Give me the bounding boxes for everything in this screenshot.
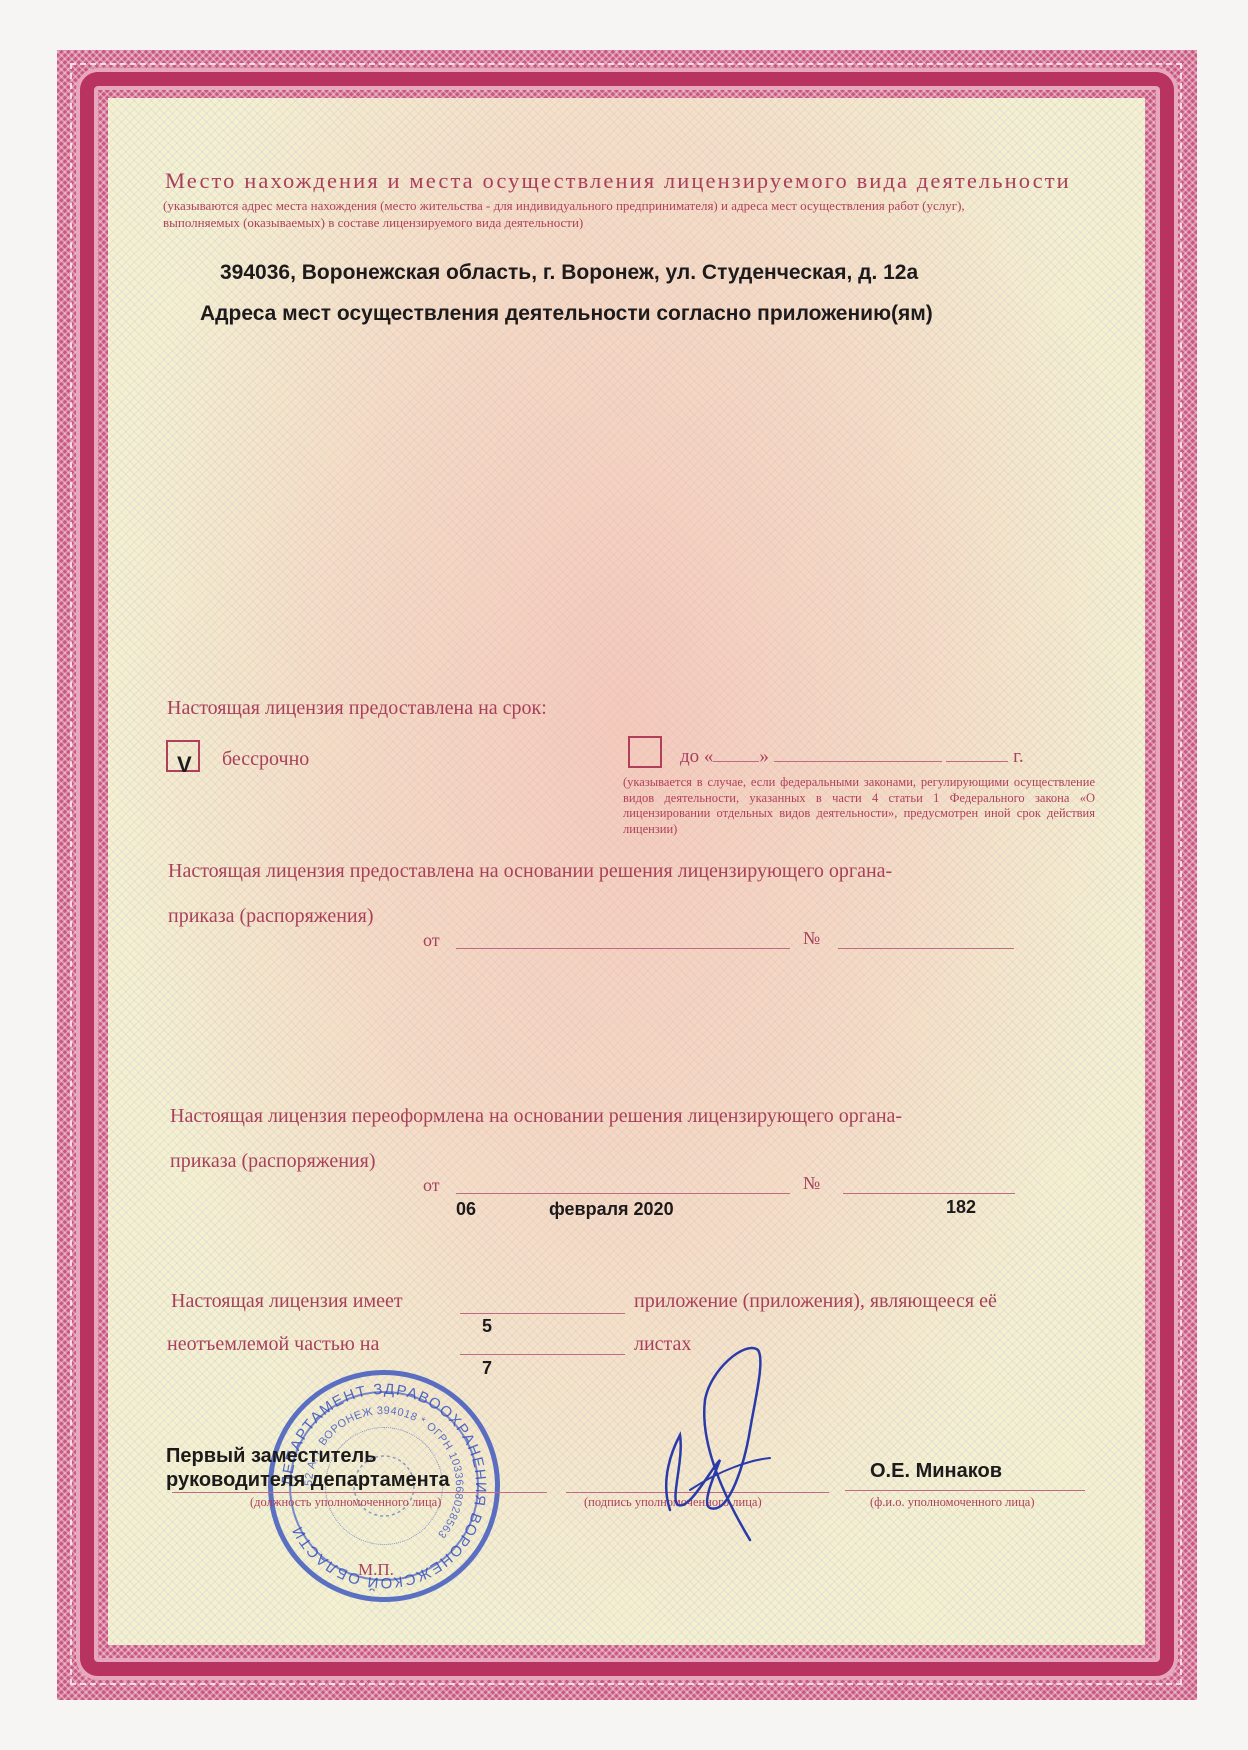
appendix-count: 5 (482, 1316, 492, 1337)
basis-date-field[interactable] (456, 948, 790, 949)
appendix-line2-prefix: неотъемлемой частью на (167, 1333, 379, 1356)
basis-line1: Настоящая лицензия предоставлена на осно… (168, 860, 892, 883)
basis-number-field[interactable] (838, 948, 1014, 949)
address: 394036, Воронежская область, г. Воронеж,… (220, 261, 918, 285)
reissue-line1: Настоящая лицензия переоформлена на осно… (170, 1105, 902, 1128)
until-prefix: до « (680, 746, 713, 767)
signer-position-line2: руководителя департамента (166, 1468, 450, 1492)
position-caption: (должность уполномоченного лица) (250, 1495, 441, 1510)
until-label: до «» г. (680, 746, 1024, 768)
term-note: (указывается в случае, если федеральными… (623, 775, 1095, 837)
signer-position-line1: Первый заместитель (166, 1444, 450, 1468)
basis-number-label: № (803, 928, 820, 949)
reissue-number-label: № (803, 1173, 820, 1194)
seal-label: М.П. (358, 1560, 394, 1580)
term-label: Настоящая лицензия предоставлена на срок… (167, 697, 547, 720)
appendix-sheets-field[interactable] (460, 1354, 625, 1355)
signer-name: О.Е. Минаков (870, 1460, 1002, 1483)
signer-position: Первый заместитель руководителя департам… (166, 1444, 450, 1492)
reissue-day: 06 (456, 1199, 476, 1220)
section-hint: (указываются адрес места нахождения (мес… (163, 197, 965, 214)
basis-line2: приказа (распоряжения) (168, 905, 374, 928)
appendix-count-field[interactable] (460, 1313, 625, 1314)
until-mid: » (759, 746, 769, 767)
section-hint-cont: выполняемых (оказываемых) в составе лице… (163, 214, 583, 231)
basis-from-label: от (423, 930, 440, 951)
reissue-number: 182 (946, 1197, 976, 1218)
checkmark-icon: V (177, 752, 192, 778)
reissue-number-field[interactable] (843, 1193, 1015, 1194)
appendix-line1-suffix: приложение (приложения), являющееся её (634, 1290, 997, 1313)
address-note: Адреса мест осуществления деятельности с… (200, 302, 933, 326)
section-title: Место нахождения и места осуществления л… (165, 168, 1071, 194)
handwritten-signature-icon (650, 1340, 830, 1560)
until-suffix: г. (1013, 746, 1023, 767)
name-caption: (ф.и.о. уполномоченного лица) (870, 1495, 1034, 1510)
position-line (172, 1492, 547, 1493)
appendix-line1-prefix: Настоящая лицензия имеет (171, 1290, 403, 1313)
reissue-line2: приказа (распоряжения) (170, 1150, 376, 1173)
permanent-label: бессрочно (222, 748, 309, 771)
name-line (845, 1490, 1085, 1491)
reissue-month-year: февраля 2020 (549, 1199, 674, 1220)
reissue-from-label: от (423, 1175, 440, 1196)
checkbox-until[interactable] (628, 736, 662, 768)
reissue-date-field[interactable] (456, 1193, 790, 1194)
